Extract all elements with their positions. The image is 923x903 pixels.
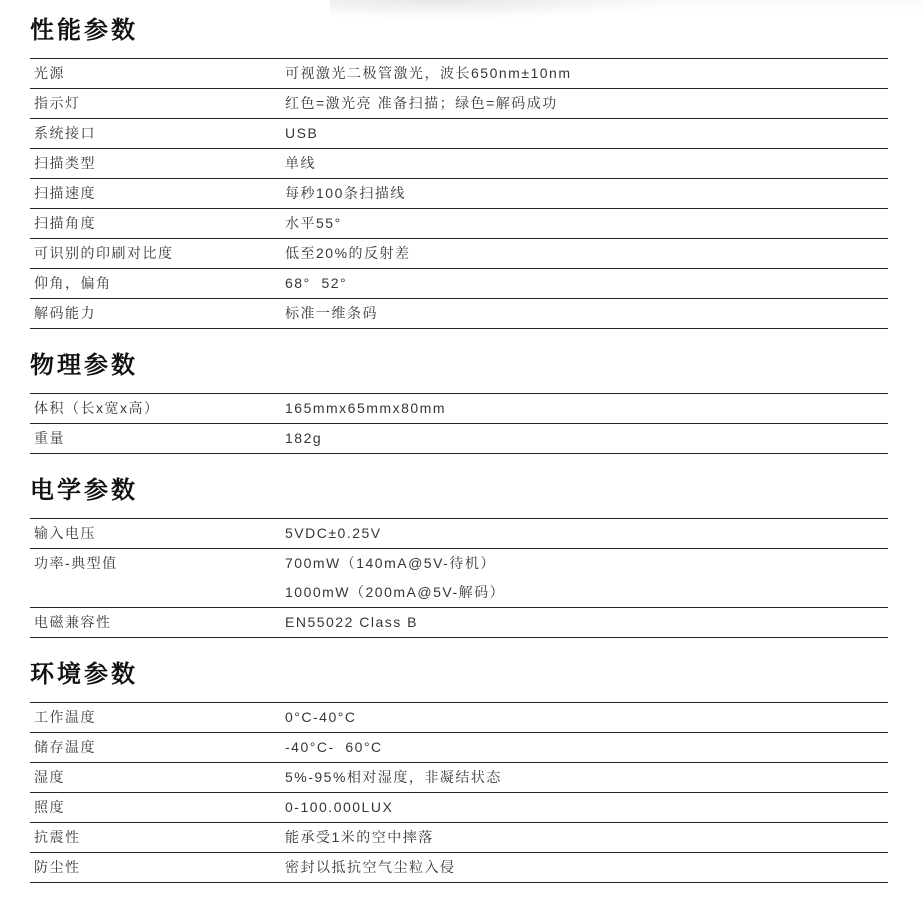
spec-label: 输入电压 [30, 519, 285, 548]
table-row: 防尘性 密封以抵抗空气尘粒入侵 [30, 853, 888, 883]
spec-value: 182g [285, 424, 888, 453]
table-row: 光源 可视激光二极管激光，波长650nm±10nm [30, 59, 888, 89]
spec-label: 体积（长x宽x高） [30, 394, 285, 423]
table-row: 湿度 5%-95%相对湿度，非凝结状态 [30, 763, 888, 793]
spec-value: 165mmx65mmx80mm [285, 394, 888, 423]
section-title: 环境参数 [30, 659, 888, 690]
spec-label: 可识别的印刷对比度 [30, 239, 285, 268]
table-row: 体积（长x宽x高） 165mmx65mmx80mm [30, 394, 888, 424]
spec-value: -40°C- 60°C [285, 733, 888, 762]
spec-section: 电学参数 输入电压 5VDC±0.25V 功率-典型值 700mW（140mA@… [30, 475, 888, 638]
spec-sections-container: 性能参数 光源 可视激光二极管激光，波长650nm±10nm 指示灯 红色=激光… [30, 15, 888, 883]
spec-label: 抗震性 [30, 823, 285, 852]
table-row: 输入电压 5VDC±0.25V [30, 519, 888, 549]
spec-value: 700mW（140mA@5V-待机） 1000mW（200mA@5V-解码） [285, 549, 888, 607]
spec-value: 密封以抵抗空气尘粒入侵 [285, 853, 888, 882]
table-row: 电磁兼容性 EN55022 Class B [30, 608, 888, 638]
spec-value: 68° 52° [285, 269, 888, 298]
spec-label: 电磁兼容性 [30, 608, 285, 637]
table-row: 照度 0-100.000LUX [30, 793, 888, 823]
spec-label: 指示灯 [30, 89, 285, 118]
spec-value: EN55022 Class B [285, 608, 888, 637]
spec-section: 环境参数 工作温度 0°C-40°C 储存温度 -40°C- 60°C 湿度 5… [30, 659, 888, 883]
spec-label: 扫描角度 [30, 209, 285, 238]
table-row: 工作温度 0°C-40°C [30, 703, 888, 733]
table-row: 系统接口 USB [30, 119, 888, 149]
spec-value: 单线 [285, 149, 888, 178]
spec-label: 扫描类型 [30, 149, 285, 178]
table-row: 解码能力 标准一维条码 [30, 299, 888, 329]
spec-label: 重量 [30, 424, 285, 453]
spec-label: 功率-典型值 [30, 549, 285, 578]
spec-document: 性能参数 光源 可视激光二极管激光，波长650nm±10nm 指示灯 红色=激光… [0, 0, 923, 883]
spec-label: 光源 [30, 59, 285, 88]
spec-table: 输入电压 5VDC±0.25V 功率-典型值 700mW（140mA@5V-待机… [30, 518, 888, 638]
spec-label: 仰角，偏角 [30, 269, 285, 298]
spec-value: 每秒100条扫描线 [285, 179, 888, 208]
spec-label: 防尘性 [30, 853, 285, 882]
spec-value: 标准一维条码 [285, 299, 888, 328]
spec-value: 低至20%的反射差 [285, 239, 888, 268]
spec-section: 物理参数 体积（长x宽x高） 165mmx65mmx80mm 重量 182g [30, 350, 888, 454]
spec-value: USB [285, 119, 888, 148]
spec-label: 湿度 [30, 763, 285, 792]
spec-value: 5VDC±0.25V [285, 519, 888, 548]
spec-label: 照度 [30, 793, 285, 822]
spec-value: 能承受1米的空中摔落 [285, 823, 888, 852]
spec-section: 性能参数 光源 可视激光二极管激光，波长650nm±10nm 指示灯 红色=激光… [30, 15, 888, 329]
spec-value: 水平55° [285, 209, 888, 238]
spec-table: 体积（长x宽x高） 165mmx65mmx80mm 重量 182g [30, 393, 888, 454]
table-row: 可识别的印刷对比度 低至20%的反射差 [30, 239, 888, 269]
table-row: 扫描角度 水平55° [30, 209, 888, 239]
spec-table: 光源 可视激光二极管激光，波长650nm±10nm 指示灯 红色=激光亮 准备扫… [30, 58, 888, 329]
spec-table: 工作温度 0°C-40°C 储存温度 -40°C- 60°C 湿度 5%-95%… [30, 702, 888, 883]
spec-label: 工作温度 [30, 703, 285, 732]
spec-value: 0°C-40°C [285, 703, 888, 732]
section-title: 电学参数 [30, 475, 888, 506]
spec-value: 可视激光二极管激光，波长650nm±10nm [285, 59, 888, 88]
section-title: 性能参数 [30, 15, 888, 46]
table-row: 仰角，偏角 68° 52° [30, 269, 888, 299]
table-row: 重量 182g [30, 424, 888, 454]
table-row: 扫描速度 每秒100条扫描线 [30, 179, 888, 209]
table-row: 储存温度 -40°C- 60°C [30, 733, 888, 763]
table-row: 指示灯 红色=激光亮 准备扫描；绿色=解码成功 [30, 89, 888, 119]
spec-label: 系统接口 [30, 119, 285, 148]
section-title: 物理参数 [30, 350, 888, 381]
spec-value: 5%-95%相对湿度，非凝结状态 [285, 763, 888, 792]
table-row: 抗震性 能承受1米的空中摔落 [30, 823, 888, 853]
table-row: 功率-典型值 700mW（140mA@5V-待机） 1000mW（200mA@5… [30, 549, 888, 608]
spec-label: 扫描速度 [30, 179, 285, 208]
spec-label: 解码能力 [30, 299, 285, 328]
spec-label: 储存温度 [30, 733, 285, 762]
table-row: 扫描类型 单线 [30, 149, 888, 179]
spec-value: 0-100.000LUX [285, 793, 888, 822]
spec-value: 红色=激光亮 准备扫描；绿色=解码成功 [285, 89, 888, 118]
